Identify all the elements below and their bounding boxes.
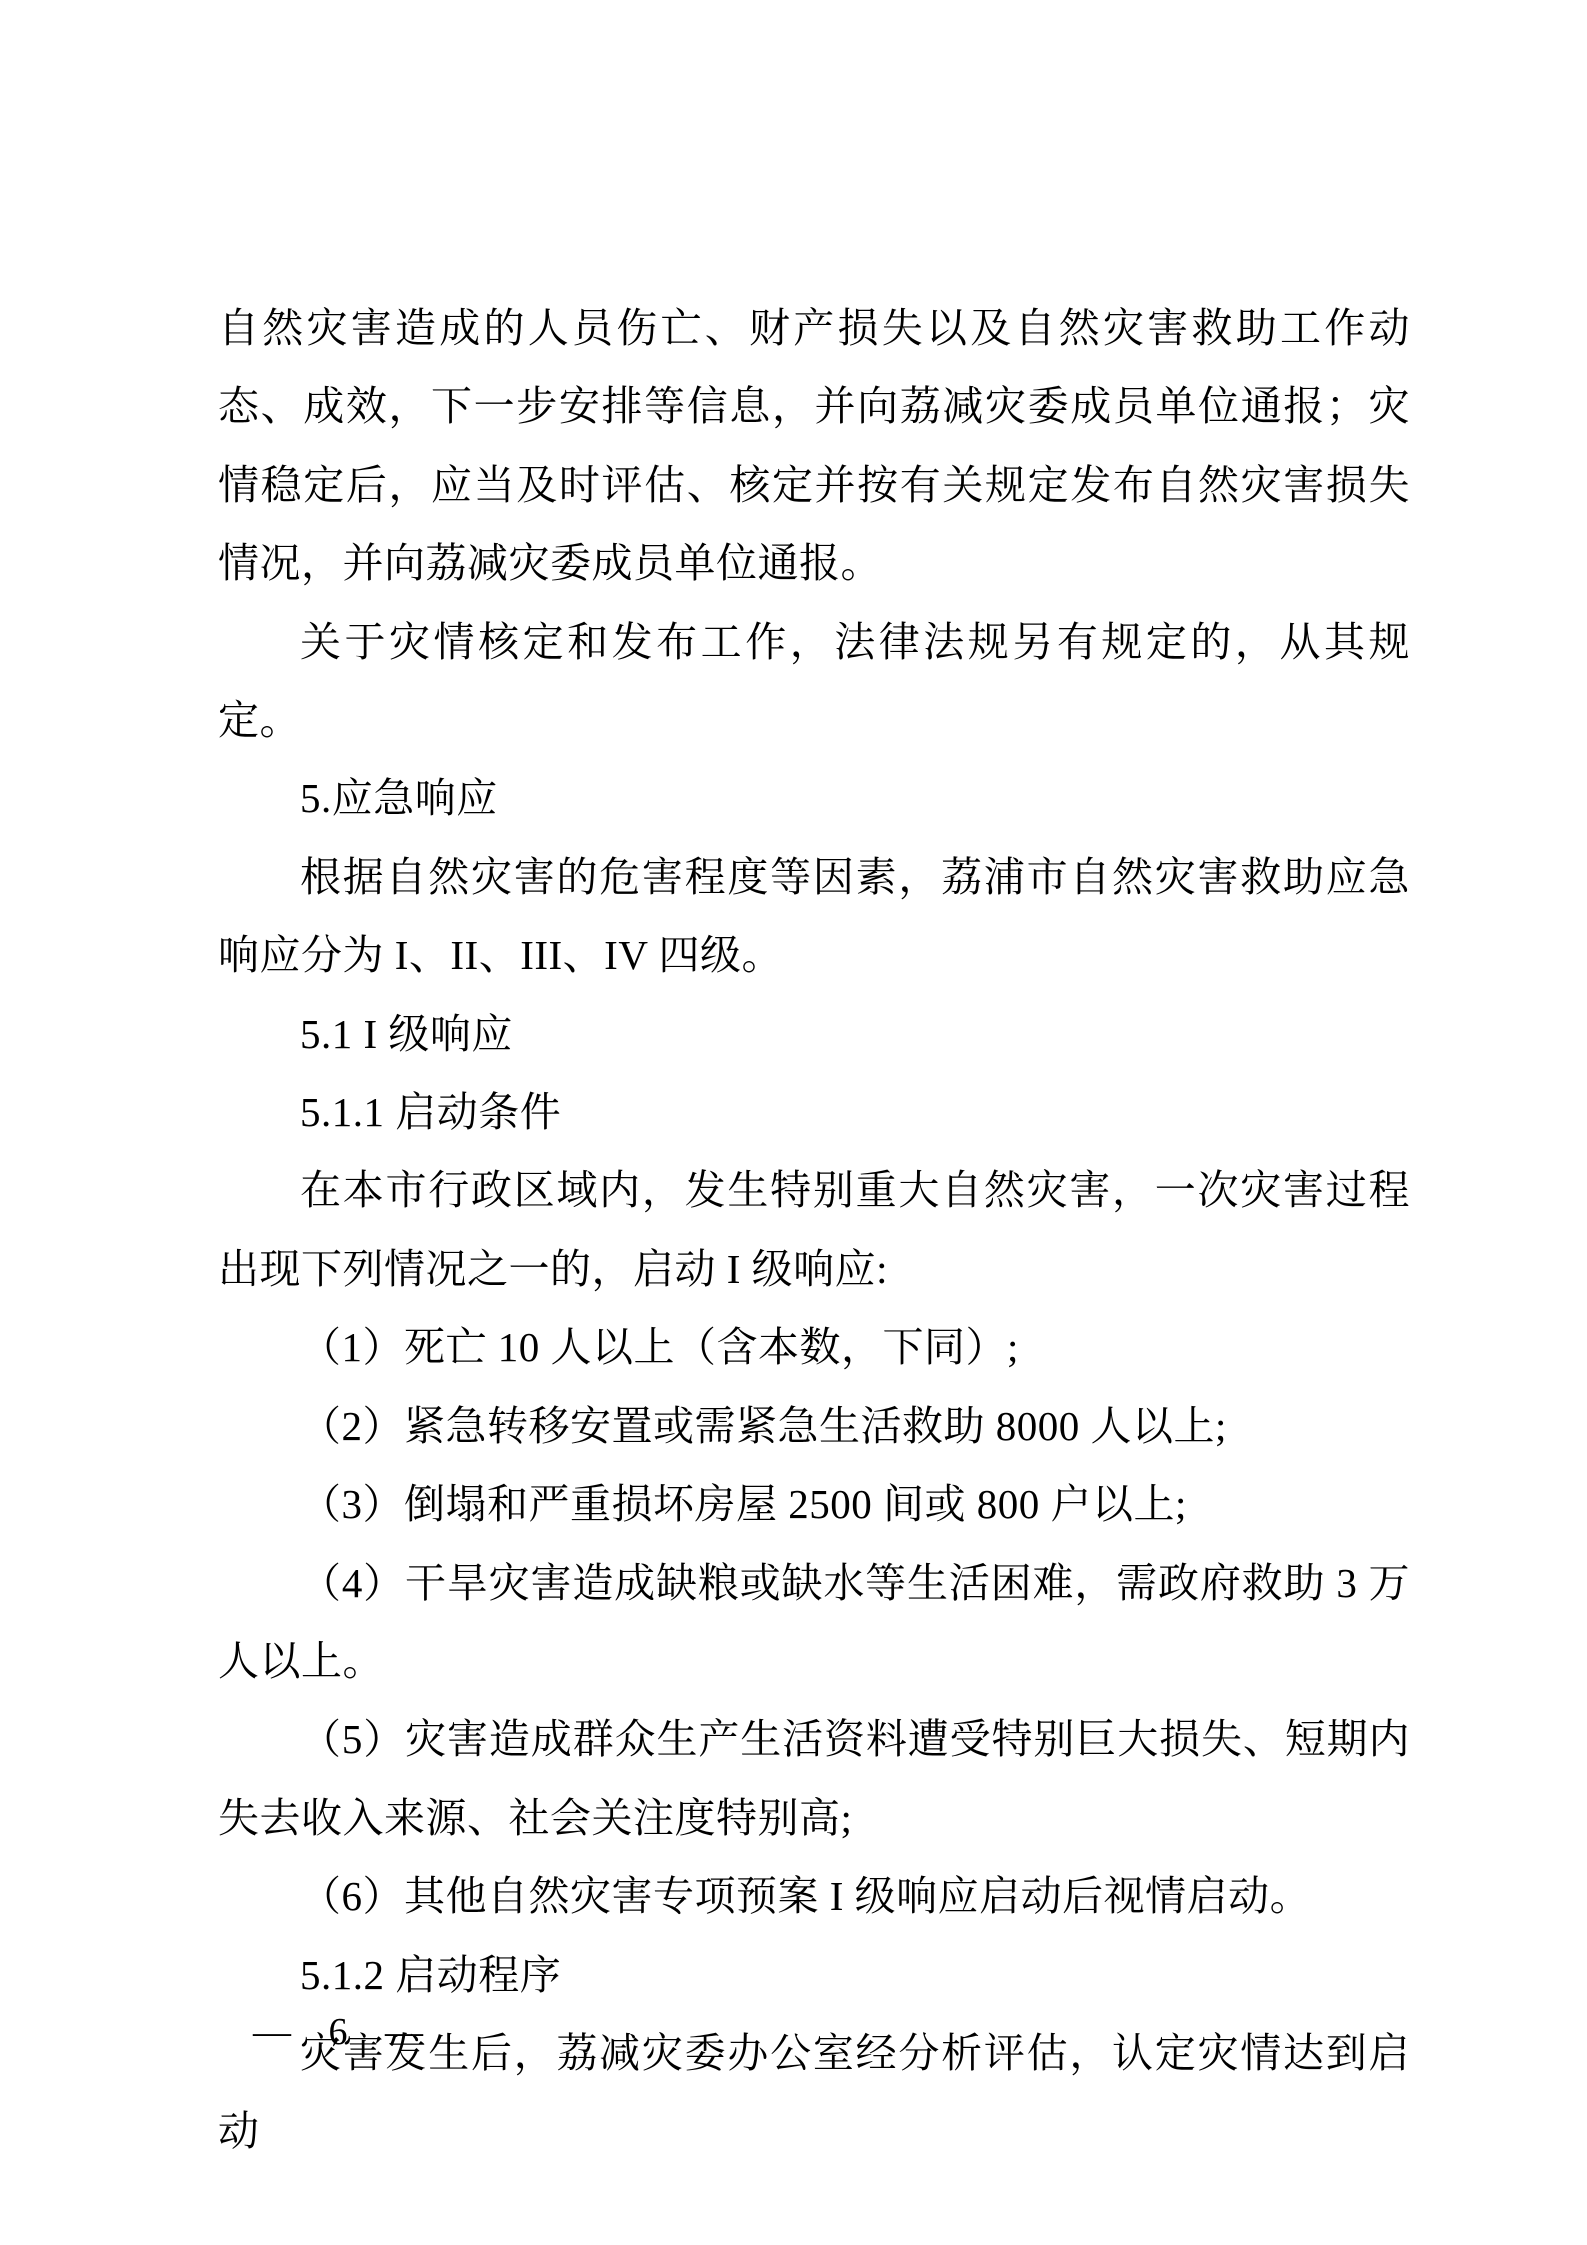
section-heading: 5.1 I 级响应 xyxy=(218,995,1410,1073)
document-body: 自然灾害造成的人员伤亡、财产损失以及自然灾害救助工作动态、成效，下一步安排等信息… xyxy=(218,289,1410,2171)
list-item: （1）死亡 10 人以上（含本数，下同）; xyxy=(218,1308,1410,1386)
list-item: （3）倒塌和严重损坏房屋 2500 间或 800 户以上; xyxy=(218,1465,1410,1543)
section-heading: 5.1.1 启动条件 xyxy=(218,1073,1410,1151)
section-heading: 5.1.2 启动程序 xyxy=(218,1936,1410,2014)
paragraph: 在本市行政区域内，发生特别重大自然灾害，一次灾害过程出现下列情况之一的，启动 I… xyxy=(218,1151,1410,1308)
document-page: 自然灾害造成的人员伤亡、财产损失以及自然灾害救助工作动态、成效，下一步安排等信息… xyxy=(0,0,1587,2245)
section-heading: 5.应急响应 xyxy=(218,759,1410,837)
list-item: （5）灾害造成群众生产生活资料遭受特别巨大损失、短期内失去收入来源、社会关注度特… xyxy=(218,1700,1410,1857)
paragraph: 关于灾情核定和发布工作，法律法规另有规定的，从其规定。 xyxy=(218,603,1410,760)
list-item: （4）干旱灾害造成缺粮或缺水等生活困难，需政府救助 3 万人以上。 xyxy=(218,1544,1410,1701)
paragraph: 根据自然灾害的危害程度等因素，荔浦市自然灾害救助应急响应分为 I、II、III、… xyxy=(218,838,1410,995)
list-item: （6）其他自然灾害专项预案 I 级响应启动后视情启动。 xyxy=(218,1857,1410,1935)
list-item: （2）紧急转移安置或需紧急生活救助 8000 人以上; xyxy=(218,1387,1410,1465)
page-number: — 6 — xyxy=(253,2012,437,2052)
paragraph: 自然灾害造成的人员伤亡、财产损失以及自然灾害救助工作动态、成效，下一步安排等信息… xyxy=(218,289,1410,603)
